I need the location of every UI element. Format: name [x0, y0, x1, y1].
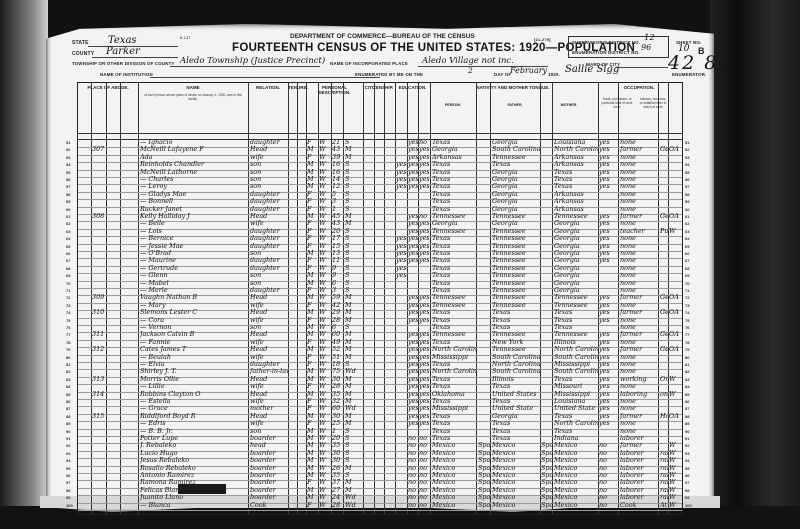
line-number: 76 [66, 325, 70, 330]
line-number-right: 70 [685, 281, 689, 286]
line-number-right: 72 [685, 295, 689, 300]
cell-race: W [319, 501, 330, 509]
line-number: 67 [66, 258, 70, 263]
incorporated-label: NAME OF INCORPORATED PLACE [330, 61, 408, 66]
line-number: 99 [66, 495, 70, 500]
line-number: 98 [66, 488, 70, 493]
cell-industry: At house [660, 501, 668, 509]
line-number: 54 [66, 162, 70, 167]
cell-employer: W [669, 390, 681, 398]
state-value: Texas [108, 35, 137, 46]
line-number-right: 100 [685, 503, 692, 508]
cell-mother-birth: Mexico [554, 501, 598, 509]
line-number: 100 [66, 503, 73, 508]
line-number-right: 64 [685, 236, 689, 241]
form-number: 8-137 [180, 36, 191, 40]
line-number-right: 81 [685, 362, 689, 367]
cell-name: — Blanca [140, 501, 248, 509]
line-number: 94 [66, 458, 70, 463]
line-number: 79 [66, 347, 70, 352]
line-number: 57 [66, 184, 70, 189]
cell-dwelling: 315 [92, 412, 106, 420]
line-number-right: 57 [685, 184, 689, 189]
col-group-place-of-abode: PLACE OF ABODE. [78, 83, 138, 135]
line-number: 95 [66, 466, 70, 471]
incorporated-value: Aledo Village not inc. [422, 56, 514, 66]
line-number: 78 [66, 340, 70, 345]
line-number: 82 [66, 369, 70, 374]
cell-english: yes [599, 419, 611, 427]
col-occupation: OCCUPATION. Trade, profession, or partic… [596, 83, 682, 135]
col-name: NAMEof each person whose place of abode … [138, 83, 248, 135]
cell-industry: General farm [660, 212, 668, 220]
department-title: DEPARTMENT OF COMMERCE—BUREAU OF THE CEN… [290, 33, 475, 40]
col-relation: RELATION. [248, 83, 288, 135]
line-number: 52 [66, 147, 70, 152]
line-number: 81 [66, 362, 70, 367]
cell-occupation: Cook [620, 501, 658, 509]
line-number: 63 [66, 229, 70, 234]
cell-industry: General farm [660, 330, 668, 338]
line-number-right: 85 [685, 392, 689, 397]
line-number-right: 87 [685, 406, 689, 411]
cell-sex: F [307, 501, 317, 509]
line-number-right: 69 [685, 273, 689, 278]
cell-father-birth: Mexico [492, 501, 540, 509]
line-number: 59 [66, 199, 70, 204]
line-number: 88 [66, 414, 70, 419]
cell-dwelling: 313 [92, 375, 106, 383]
line-number-right: 93 [685, 451, 689, 456]
line-number: 66 [66, 251, 70, 256]
cell-father-tongue: Spanish [478, 501, 490, 509]
line-number: 65 [66, 244, 70, 249]
line-number-right: 65 [685, 244, 689, 249]
line-number-right: 68 [685, 266, 689, 271]
line-number-right: 63 [685, 229, 689, 234]
cell-employer: W [669, 227, 681, 235]
cell-dwelling: 309 [92, 293, 106, 301]
cell-dwelling: 314 [92, 390, 106, 398]
cell-employer: OA [669, 212, 681, 220]
cell-read: yes [408, 316, 418, 324]
cell-industry: on Ranch [660, 390, 668, 398]
line-number: 73 [66, 303, 70, 308]
line-number-right: 95 [685, 466, 689, 471]
cell-write: no [419, 501, 429, 509]
line-number: 64 [66, 236, 70, 241]
line-number: 70 [66, 281, 70, 286]
cell-read: yes [408, 419, 418, 427]
cell-dwelling: 310 [92, 308, 106, 316]
line-number: 77 [66, 332, 70, 337]
cell-dwelling: 308 [92, 212, 106, 220]
line-number-right: 94 [685, 458, 689, 463]
cell-english: no [599, 501, 611, 509]
township-label: TOWNSHIP OR OTHER DIVISION OF COUNTY [72, 61, 175, 66]
cell-employer: W [669, 501, 681, 509]
census-table: PLACE OF ABODE. NAMEof each person whose… [77, 82, 683, 515]
line-number: 60 [66, 207, 70, 212]
cell-relation: Cook [250, 501, 288, 509]
line-number: 69 [66, 273, 70, 278]
line-number: 53 [66, 155, 70, 160]
line-number-right: 88 [685, 414, 689, 419]
line-number-right: 58 [685, 192, 689, 197]
cell-dwelling: 307 [92, 145, 106, 153]
line-number: 75 [66, 318, 70, 323]
cell-industry: General farm [660, 308, 668, 316]
year-label: 1920. [548, 72, 560, 77]
line-number-right: 78 [685, 340, 689, 345]
cell-industry: General farm [660, 345, 668, 353]
cell-employer: OA [669, 345, 681, 353]
cell-school: yes [396, 182, 407, 190]
line-number-right: 79 [685, 347, 689, 352]
line-number-right: 73 [685, 303, 689, 308]
day-of-label: DAY OF [494, 72, 511, 77]
line-number-right: 54 [685, 162, 689, 167]
cell-english: yes [599, 256, 611, 264]
cell-read: yes [408, 182, 418, 190]
line-number-right: 98 [685, 488, 689, 493]
line-number: 92 [66, 443, 70, 448]
form-code: [21-279] [534, 37, 551, 42]
cell-industry: Public School [660, 227, 668, 235]
line-number: 97 [66, 480, 70, 485]
line-number-right: 96 [685, 473, 689, 478]
cell-english: yes [599, 316, 611, 324]
line-number-right: 80 [685, 355, 689, 360]
line-number-right: 89 [685, 421, 689, 426]
cell-write: yes [419, 256, 429, 264]
scan-margin-right [710, 0, 800, 529]
line-number-right: 71 [685, 288, 689, 293]
line-number-right: 86 [685, 399, 689, 404]
line-number-right: 75 [685, 318, 689, 323]
line-number-right: 77 [685, 332, 689, 337]
cell-school: yes [396, 271, 407, 279]
line-number: 93 [66, 451, 70, 456]
line-number: 68 [66, 266, 70, 271]
line-number: 85 [66, 392, 70, 397]
county-label: COUNTY [72, 51, 94, 57]
line-number: 80 [66, 355, 70, 360]
line-number-right: 51 [685, 140, 689, 145]
line-number-right: 55 [685, 170, 689, 175]
supervisor-district-label: SUPERVISOR'S DISTRICT NO. [572, 40, 640, 45]
binding-shadow [0, 0, 48, 529]
line-number-right: 76 [685, 325, 689, 330]
cell-employer: OA [669, 145, 681, 153]
cell-read: yes [408, 256, 418, 264]
state-label: STATE [72, 40, 89, 46]
line-number: 71 [66, 288, 70, 293]
line-number-right: 97 [685, 480, 689, 485]
line-number-right: 62 [685, 221, 689, 226]
line-number: 72 [66, 295, 70, 300]
line-number: 83 [66, 377, 70, 382]
township-value: Aledo Township (Justice Precinct) [180, 56, 325, 66]
line-number: 91 [66, 436, 70, 441]
enumerated-month: February [510, 66, 547, 75]
cell-employer: W [669, 375, 681, 383]
cell-employer: OA [669, 293, 681, 301]
line-number: 56 [66, 177, 70, 182]
col-citizenship: CITIZENSHIP. [363, 83, 395, 135]
cell-industry: On Ranch [660, 375, 668, 383]
line-number-right: 84 [685, 384, 689, 389]
line-number-right: 83 [685, 377, 689, 382]
cell-dwelling: 312 [92, 345, 106, 353]
cell-english: yes [599, 182, 611, 190]
line-number-right: 99 [685, 495, 689, 500]
line-number-right: 66 [685, 251, 689, 256]
cell-birth: Mexico [432, 501, 476, 509]
cell-marital: Wd [345, 501, 362, 509]
institution-label: NAME OF INSTITUTION [100, 72, 153, 77]
cell-industry: General farm [660, 145, 668, 153]
line-number: 62 [66, 221, 70, 226]
line-number-right: 61 [685, 214, 689, 219]
cell-mother-tongue: Spanish [541, 501, 553, 509]
cell-dwelling: 311 [92, 330, 106, 338]
line-number-right: 59 [685, 199, 689, 204]
enumeration-district-value: 96 [641, 43, 651, 52]
enumeration-district-label: ENUMERATION DISTRICT NO. [572, 50, 640, 55]
line-number: 86 [66, 399, 70, 404]
stamp-number: 42 8 6 [668, 52, 740, 74]
cell-employer: OA [669, 308, 681, 316]
line-number: 74 [66, 310, 70, 315]
cell-employer: OA [669, 330, 681, 338]
col-nativity: NATIVITY AND MOTHER TONGUE. PERSON. FATH… [430, 83, 596, 135]
line-number-right: 74 [685, 310, 689, 315]
line-number-right: 82 [685, 369, 689, 374]
line-number: 61 [66, 214, 70, 219]
line-number: 90 [66, 429, 70, 434]
line-number: 58 [66, 192, 70, 197]
line-number-right: 67 [685, 258, 689, 263]
line-number-right: 60 [685, 207, 689, 212]
cell-write: yes [419, 419, 429, 427]
cell-age: 28 [332, 501, 344, 509]
enumerated-day: 2 [468, 66, 473, 75]
line-number: 55 [66, 170, 70, 175]
table-row: 100100— BlancaCookFW28WdnonoMexicoSpanis… [78, 503, 682, 511]
line-number-right: 56 [685, 177, 689, 182]
cell-read: no [408, 501, 418, 509]
cell-industry: Home farm [660, 412, 668, 420]
line-number-right: 92 [685, 443, 689, 448]
line-number: 84 [66, 384, 70, 389]
redaction-block [178, 484, 226, 494]
cell-write: yes [419, 316, 429, 324]
col-personal-description: PERSONAL DESCRIPTION. [306, 83, 363, 135]
line-number: 87 [66, 406, 70, 411]
cell-industry: General farm [660, 293, 668, 301]
cell-employer: OA [669, 412, 681, 420]
line-number-right: 53 [685, 155, 689, 160]
line-number: 96 [66, 473, 70, 478]
county-value: Parker [106, 46, 140, 57]
line-number-right: 52 [685, 147, 689, 152]
cell-write: yes [419, 182, 429, 190]
col-education: EDUCATION. [395, 83, 430, 135]
line-number-right: 90 [685, 429, 689, 434]
line-number: 89 [66, 421, 70, 426]
line-number-right: 91 [685, 436, 689, 441]
supervisor-district-value: 12 [644, 33, 655, 43]
line-number: 51 [66, 140, 70, 145]
enumerated-label: ENUMERATED BY ME ON THE [355, 72, 423, 77]
